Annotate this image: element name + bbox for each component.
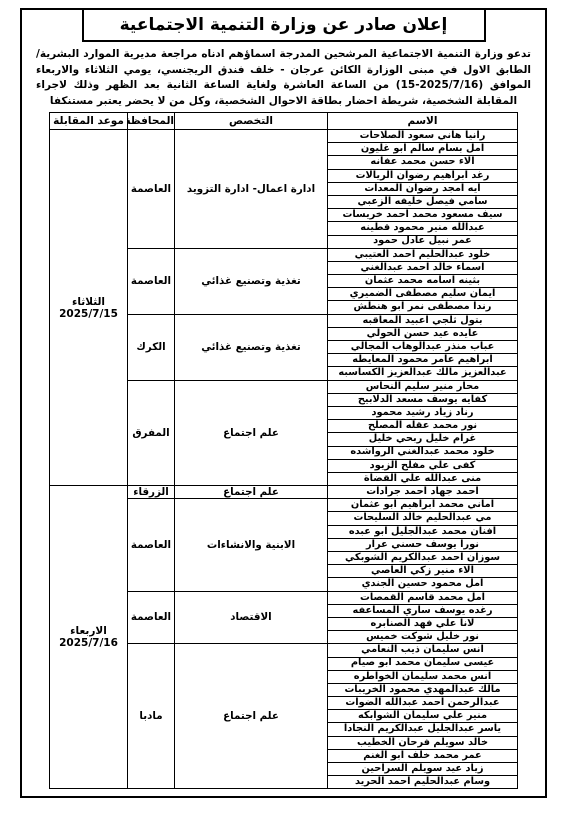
col-header-specialization: التخصص xyxy=(175,113,328,130)
candidate-name: آيه امجد رضوان المعدات xyxy=(328,182,518,195)
candidate-name: محار منير سليم النحاس xyxy=(328,380,518,393)
specialization-cell: تغذية وتصنيع غذائي xyxy=(175,314,328,380)
candidate-name: عايده عيد حسن الحولي xyxy=(328,327,518,340)
candidate-name: رناد زياد رشيد محمود xyxy=(328,406,518,419)
candidate-name: عبدالعزيز مالك عبدالعزيز الكساسبه xyxy=(328,367,518,380)
candidate-name: خلود عبدالحليم احمد العتيبي xyxy=(328,248,518,261)
candidate-name: خالد سويلم فرحان الخطيب xyxy=(328,736,518,749)
candidate-name: سوزان احمد عبدالكريم الشوبكي xyxy=(328,552,518,565)
governorate-cell: الزرقاء xyxy=(128,486,175,499)
candidate-name: كفايه يوسف مسعد الدلابيح xyxy=(328,393,518,406)
governorate-cell: العاصمة xyxy=(128,499,175,591)
intro-paragraph: تدعو وزارة التنمية الاجتماعية المرشحين ا… xyxy=(36,47,531,109)
candidate-name: رندا مصطفى نمر ابو هنطش xyxy=(328,301,518,314)
specialization-cell: علم اجتماع xyxy=(175,486,328,499)
candidate-name: لانا علي فهد الصنابره xyxy=(328,617,518,630)
specialization-cell: ادارة اعمال- ادارة التزويد xyxy=(175,130,328,249)
candidate-name: اماني محمد ابراهيم ابو عثمان xyxy=(328,499,518,512)
interview-date: 2025/7/15 xyxy=(52,308,125,320)
candidate-name: عيسى سليمان محمد ابو صيام xyxy=(328,657,518,670)
candidate-row: احمد جهاد احمد جراداتعلم اجتماعالزرقاءال… xyxy=(50,486,518,499)
candidate-name: ياسر عبدالجليل عبدالكريم النجادا xyxy=(328,723,518,736)
candidate-name: عبدالرحمن احمد عبدالله الضوات xyxy=(328,697,518,710)
candidate-row: رانيا هاني سعود الصلاحاتادارة اعمال- ادا… xyxy=(50,130,518,143)
candidate-name: الاء منير زكي العاصي xyxy=(328,565,518,578)
specialization-cell: الابنية والانشاءات xyxy=(175,499,328,591)
candidate-name: امل بسام سالم ابو غليون xyxy=(328,143,518,156)
candidate-name: سامي فيصل خليفه الزعبي xyxy=(328,195,518,208)
candidate-name: خلود محمد عبدالغني الرواشده xyxy=(328,446,518,459)
candidate-name: مالك عبدالمهدي محمود الخريبات xyxy=(328,683,518,696)
candidate-name: بثينه اسامه محمد عثمان xyxy=(328,275,518,288)
candidate-name: مي عبدالحليم خالد السليحات xyxy=(328,512,518,525)
candidate-name: رانيا هاني سعود الصلاحات xyxy=(328,130,518,143)
table-header: الاسم التخصص المحافظة موعد المقابلة xyxy=(50,113,518,130)
table-body: رانيا هاني سعود الصلاحاتادارة اعمال- ادا… xyxy=(50,130,518,789)
interview-day: الثلاثاء xyxy=(52,296,125,308)
candidate-name: نور محمد عقله المصلح xyxy=(328,420,518,433)
candidate-name: عباب منذر عبدالوهاب المجالي xyxy=(328,341,518,354)
interview-day: الاربعاء xyxy=(52,625,125,637)
candidate-name: ايمان سليم مصطفى الضميري xyxy=(328,288,518,301)
interview-date: 2025/7/16 xyxy=(52,637,125,649)
candidate-name: بتول ثلجي اعبيد المعاقبه xyxy=(328,314,518,327)
candidate-name: نورا يوسف حسني عرار xyxy=(328,538,518,551)
col-header-name: الاسم xyxy=(328,113,518,130)
page-title: إعلان صادر عن وزارة التنمية الاجتماعية xyxy=(120,15,448,35)
candidate-name: انس سليمان ذيب النعامي xyxy=(328,644,518,657)
interview-date-cell: الثلاثاء2025/7/15 xyxy=(50,130,128,486)
candidate-name: زياد عيد سويلم السراحين xyxy=(328,763,518,776)
candidate-name: عمر محمد خلف ابو الغنم xyxy=(328,749,518,762)
governorate-cell: العاصمة xyxy=(128,130,175,249)
candidate-name: امل محمد قاسم القمصات xyxy=(328,591,518,604)
candidate-name: عبدالله منير محمود قطينه xyxy=(328,222,518,235)
governorate-cell: العاصمة xyxy=(128,591,175,644)
candidate-name: اسماء خالد احمد عبدالغني xyxy=(328,261,518,274)
governorate-cell: الكرك xyxy=(128,314,175,380)
specialization-cell: الاقتصاد xyxy=(175,591,328,644)
candidate-name: افنان محمد عبدالجليل ابو عبده xyxy=(328,525,518,538)
announcement-page: إعلان صادر عن وزارة التنمية الاجتماعية ت… xyxy=(20,8,547,798)
title-box: إعلان صادر عن وزارة التنمية الاجتماعية xyxy=(82,8,486,42)
candidate-name: ابراهيم عامر محمود المعايطه xyxy=(328,354,518,367)
candidate-name: نور خليل شوكت خميس xyxy=(328,631,518,644)
specialization-cell: علم اجتماع xyxy=(175,644,328,789)
candidate-name: عمر نبيل عادل حمود xyxy=(328,235,518,248)
candidate-name: رغد ابراهيم رضوان الريالات xyxy=(328,169,518,182)
candidate-name: احمد جهاد احمد جرادات xyxy=(328,486,518,499)
specialization-cell: علم اجتماع xyxy=(175,380,328,486)
candidate-name: غرام خليل ربحي خليل xyxy=(328,433,518,446)
candidate-name: رغده يوسف ساري المساعفه xyxy=(328,604,518,617)
candidates-table: الاسم التخصص المحافظة موعد المقابلة راني… xyxy=(49,112,518,789)
governorate-cell: المفرق xyxy=(128,380,175,486)
specialization-cell: تغذية وتصنيع غذائي xyxy=(175,248,328,314)
table-header-row: الاسم التخصص المحافظة موعد المقابلة xyxy=(50,113,518,130)
col-header-interview-date: موعد المقابلة xyxy=(50,113,128,130)
candidate-name: انس محمد سليمان الخواطره xyxy=(328,670,518,683)
candidate-name: وسام عبدالحليم احمد الحريد xyxy=(328,776,518,789)
governorate-cell: العاصمة xyxy=(128,248,175,314)
candidate-name: الاء حسن محمد عفانه xyxy=(328,156,518,169)
candidate-name: منير علي سليمان الشوابكه xyxy=(328,710,518,723)
col-header-governorate: المحافظة xyxy=(128,113,175,130)
candidate-name: كفى علي مفلح الزيود xyxy=(328,459,518,472)
candidate-name: امل محمود حسين الجندي xyxy=(328,578,518,591)
governorate-cell: مادبا xyxy=(128,644,175,789)
interview-date-cell: الاربعاء2025/7/16 xyxy=(50,486,128,789)
candidate-name: منى عبدالله علي القضاة xyxy=(328,472,518,485)
candidate-name: سيف مسعود محمد احمد خريسات xyxy=(328,209,518,222)
